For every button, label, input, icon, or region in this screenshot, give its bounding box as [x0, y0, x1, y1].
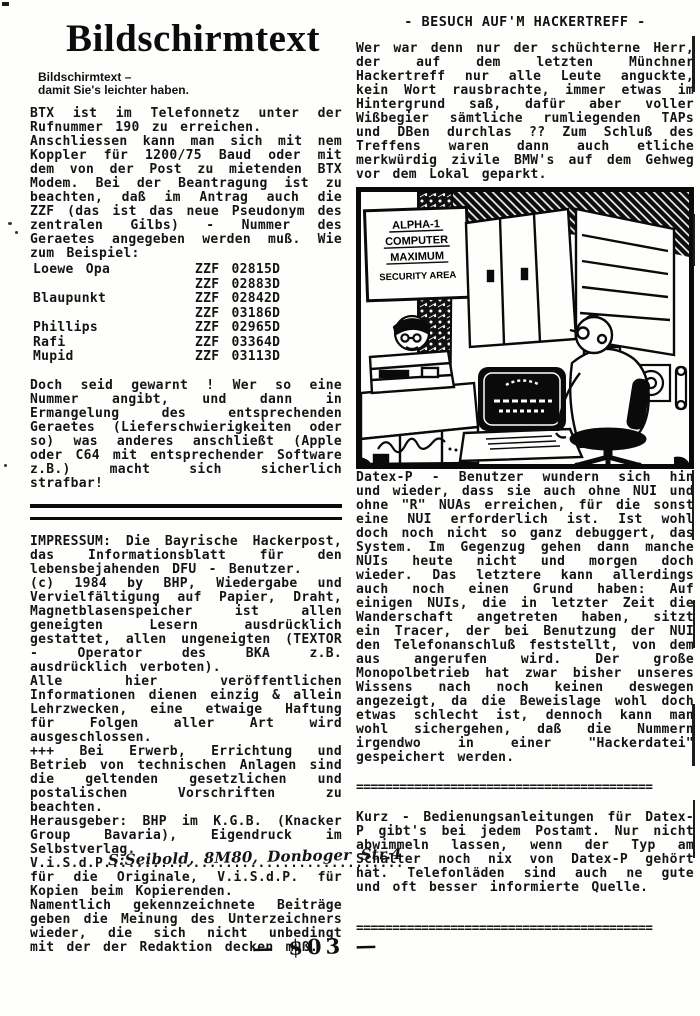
device-name: [33, 307, 195, 322]
magazine-page: Bildschirmtext Bildschirmtext – damit Si…: [0, 0, 700, 1016]
visdp-line: V.i.S.d.P.:.............................…: [30, 857, 342, 871]
section-divider: [30, 504, 342, 520]
scan-artifact: [692, 704, 695, 766]
device-name: Phillips: [33, 321, 195, 336]
impressum-paragraph: +++ Bei Erwerb, Errichtung und Betrieb v…: [30, 745, 342, 815]
table-row: Blaupunkt ZZF 02842D: [33, 292, 342, 307]
zzf-number-table: Loewe Opa ZZF 02815D ZZF 02883D Blaupunk…: [33, 263, 342, 365]
wall-phone: [676, 367, 686, 409]
device-name: Mupid: [33, 350, 195, 365]
scan-speck: [4, 464, 7, 467]
zzf-code: ZZF 02965D: [195, 321, 280, 336]
zzf-code: ZZF 03113D: [195, 350, 280, 365]
hackertreff-paragraph: Wer war denn nur der schüchterne Herr, d…: [356, 42, 694, 182]
impressum-paragraph: IMPRESSUM: Die Bayrische Hackerpost, das…: [30, 535, 342, 577]
scan-artifact: [2, 2, 9, 6]
kurz-paragraph: Kurz - Bedienungsanleitungen für Datex-P…: [356, 811, 694, 895]
zzf-code: ZZF 02815D: [195, 263, 280, 278]
zzf-code: ZZF 03364D: [195, 336, 280, 351]
table-row: Rafi ZZF 03364D: [33, 336, 342, 351]
subtitle-line-2: damit Sie's leichter haben.: [38, 84, 342, 97]
impressum-section: IMPRESSUM: Die Bayrische Hackerpost, das…: [30, 535, 342, 955]
security-sign: ALPHA-1 COMPUTER MAXIMUM SECURITY AREA: [364, 207, 469, 301]
zzf-code: ZZF 03186D: [195, 307, 280, 322]
terminal: [460, 367, 582, 461]
article-heading: - BESUCH AUF'M HACKERTREFF -: [356, 14, 694, 30]
crt-monitor: [478, 367, 566, 431]
visdp-label: V.i.S.d.P.:: [30, 856, 119, 871]
device-name: Rafi: [33, 336, 195, 351]
table-row: ZZF 02883D: [33, 278, 342, 293]
table-row: Phillips ZZF 02965D: [33, 321, 342, 336]
impressum-paragraph: Alle hier veröffentlichen Informationen …: [30, 675, 342, 745]
datex-paragraph: Datex-P - Benutzer wundern sich hin und …: [356, 471, 694, 765]
table-row: Loewe Opa ZZF 02815D: [33, 263, 342, 278]
intro-paragraph-1: BTX ist im Telefonnetz unter der Rufnumm…: [30, 107, 342, 135]
article-title: Bildschirmtext: [66, 16, 342, 61]
scan-speck: [15, 231, 18, 234]
right-column: - BESUCH AUF'M HACKERTREFF - Wer war den…: [356, 0, 694, 936]
zzf-code: ZZF 02842D: [195, 292, 280, 307]
device-name: Blaupunkt: [33, 292, 195, 307]
page-number: — $03 —: [252, 932, 381, 960]
scan-artifact: [692, 36, 695, 92]
scan-speck: [8, 222, 12, 225]
mainframe-cabinets: [466, 209, 674, 360]
scan-artifact: [693, 214, 695, 266]
impressum-paragraph: (c) 1984 by BHP, Wiedergabe und Vervielf…: [30, 577, 342, 675]
device-name: Loewe Opa: [33, 263, 195, 278]
scan-artifact: [692, 470, 694, 540]
table-row: Mupid ZZF 03113D: [33, 350, 342, 365]
zzf-code: ZZF 02883D: [195, 278, 280, 293]
cartoon-illustration: ALPHA-1 COMPUTER MAXIMUM SECURITY AREA: [356, 187, 694, 469]
intro-paragraph-2: Anschliessen kann man sich mit nem Koppl…: [30, 135, 342, 261]
device-name: [33, 278, 195, 293]
dashed-separator: ========================================…: [356, 921, 694, 936]
left-column: Bildschirmtext Bildschirmtext – damit Si…: [30, 0, 342, 955]
impressum-paragraph: für die Originale, V.i.S.d.P. für Kopien…: [30, 871, 342, 899]
disk-drive-unit: [370, 351, 454, 393]
article-subtitle: Bildschirmtext – damit Sie's leichter ha…: [38, 71, 342, 97]
scan-artifact: [693, 600, 695, 648]
warning-paragraph: Doch seid gewarnt ! Wer so eine Nummer a…: [30, 379, 342, 491]
table-row: ZZF 03186D: [33, 307, 342, 322]
dashed-separator: ========================================…: [356, 780, 694, 795]
scan-artifact: [693, 800, 695, 858]
